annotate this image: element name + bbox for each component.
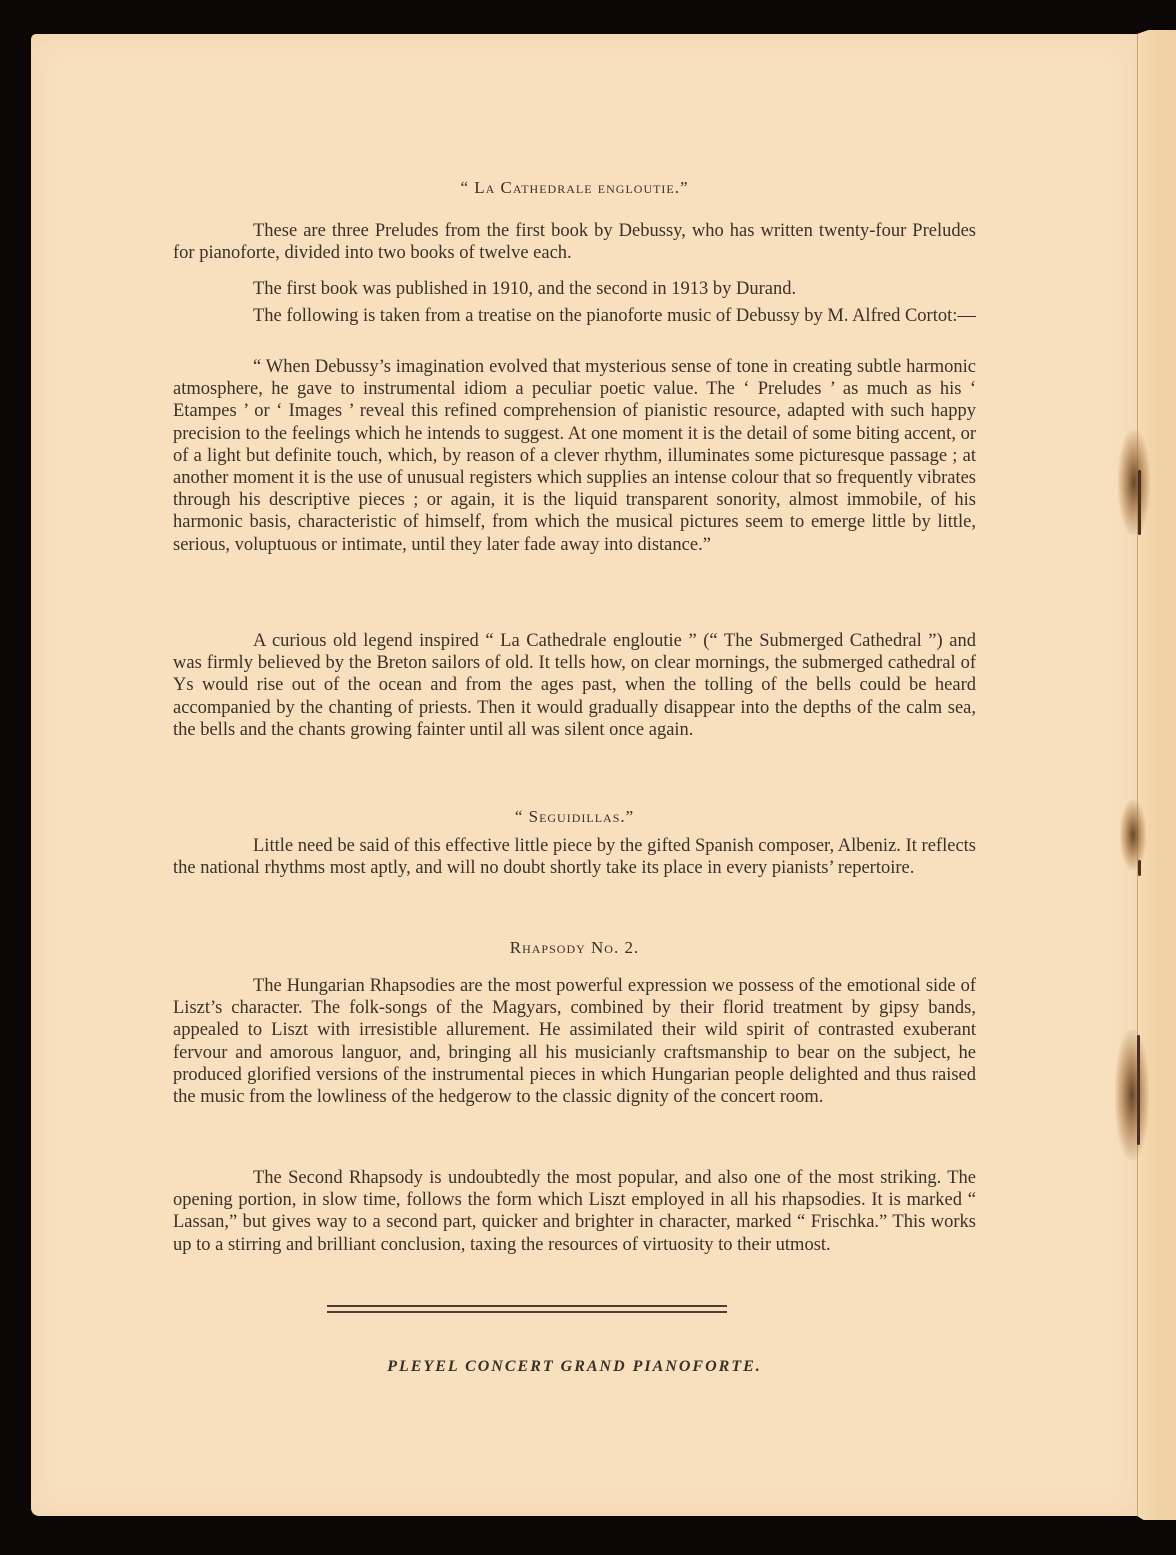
staple-mark (1138, 860, 1141, 876)
paragraph: A curious old legend inspired “ La Cathe… (173, 630, 976, 741)
book-spine-edge (1137, 30, 1176, 1520)
rust-stain (1118, 430, 1150, 535)
paragraph: The first book was published in 1910, an… (173, 278, 976, 300)
paragraph: The Second Rhapsody is undoubtedly the m… (173, 1167, 976, 1256)
paragraph: The Hungarian Rhapsodies are the most po… (173, 975, 976, 1108)
rust-stain (1120, 800, 1146, 870)
quote-paragraph: “ When Debussy’s imagination evolved tha… (173, 356, 976, 556)
staple-mark (1138, 470, 1141, 535)
rust-stain (1115, 1030, 1149, 1160)
spine-shadow-bottom (1137, 1516, 1176, 1555)
paragraph: These are three Preludes from the first … (173, 220, 976, 264)
staple-mark (1137, 1035, 1140, 1145)
paragraph: The following is taken from a treatise o… (173, 305, 976, 327)
spine-shadow-top (1137, 0, 1176, 34)
footer-title: PLEYEL CONCERT GRAND PIANOFORTE. (173, 1358, 976, 1376)
paragraph: Little need be said of this effective li… (173, 835, 976, 879)
double-rule-divider (327, 1305, 727, 1313)
section-heading-cathedrale: “ La Cathedrale engloutie.” (173, 178, 976, 198)
section-heading-seguidillas: “ Seguidillas.” (173, 807, 976, 827)
section-heading-rhapsody: Rhapsody No. 2. (173, 938, 976, 958)
